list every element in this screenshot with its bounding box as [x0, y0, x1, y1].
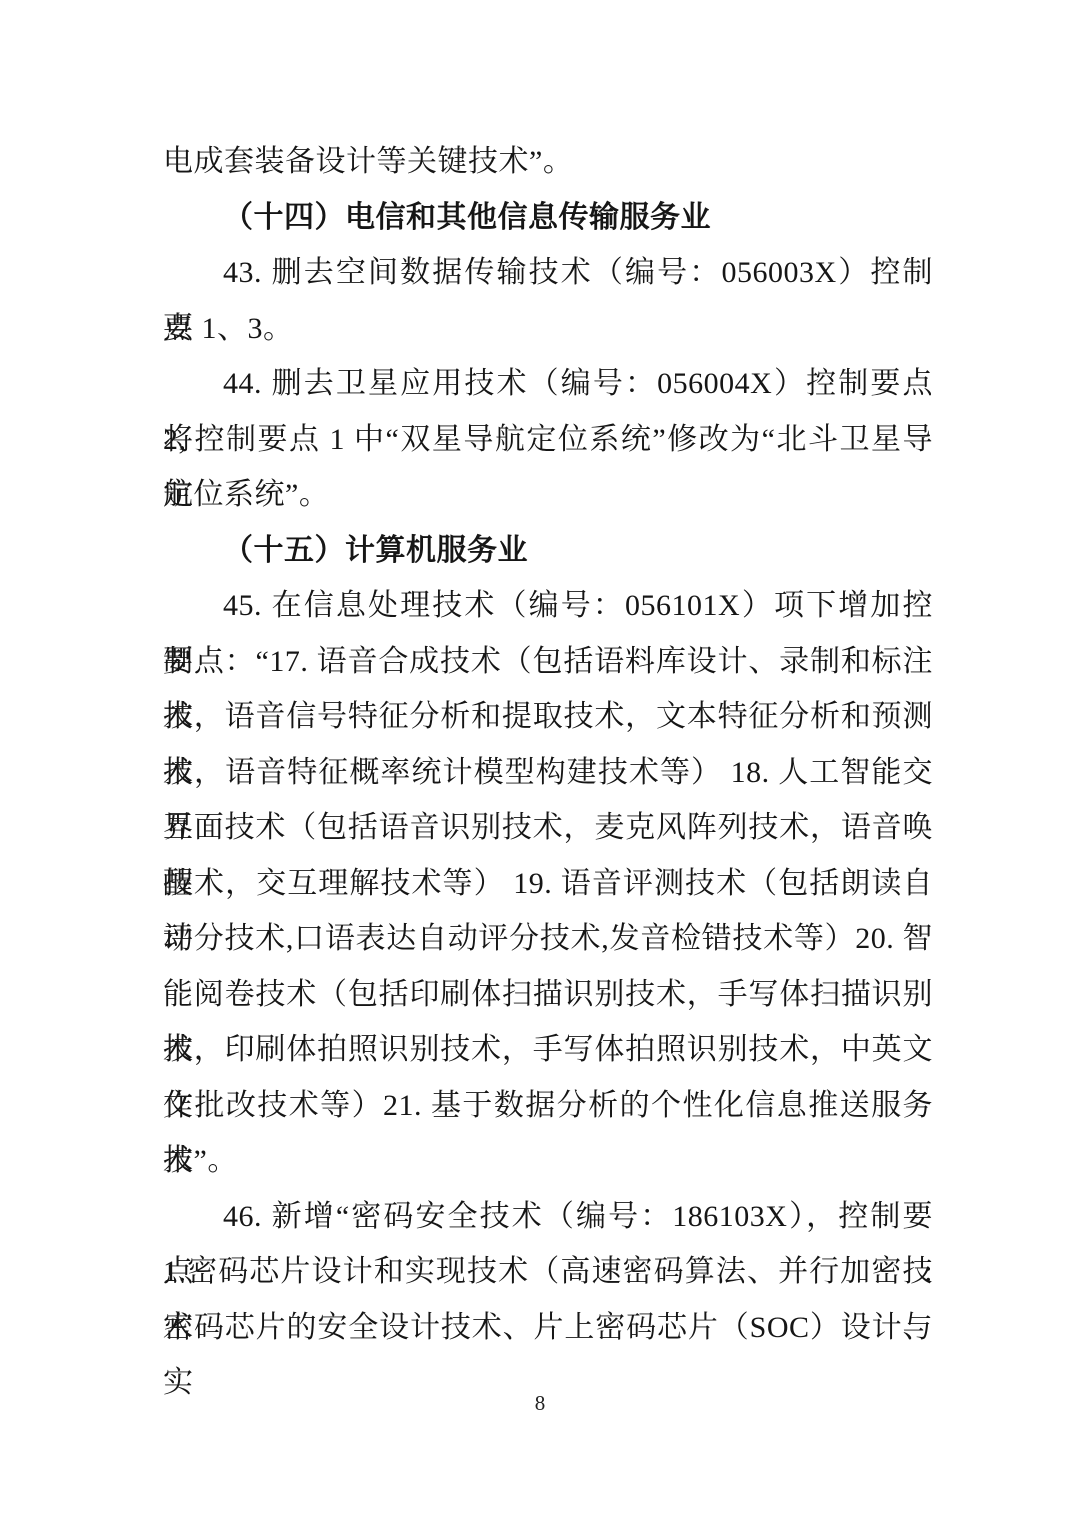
text-line: 技术，交互理解技术等） 19. 语音评测技术（包括朗读自动 — [163, 856, 933, 912]
document-page: 电成套装备设计等关键技术”。 （十四）电信和其他信息传输服务业 43. 删去空间… — [0, 0, 1080, 1528]
text-line: 文批改技术等）21. 基于数据分析的个性化信息推送服务技 — [163, 1078, 933, 1134]
text-line: 评分技术,口语表达自动评分技术,发音检错技术等）20. 智 — [163, 911, 933, 967]
text-line-paragraph-tail: 电成套装备设计等关键技术”。 — [163, 134, 933, 190]
text-line-item-46: 46. 新增“密码安全技术（编号：186103X），控制要点: — [163, 1189, 933, 1245]
text-line: 术，印刷体拍照识别技术，手写体拍照识别技术，中英文作 — [163, 1022, 933, 1078]
text-line-item-43-end: 点 1、3。 — [163, 301, 933, 357]
text-line-item-44: 44. 删去卫星应用技术（编号：056004X）控制要点 2, — [163, 356, 933, 412]
text-line: 密码芯片的安全设计技术、片上密码芯片（SOC）设计与实 — [163, 1300, 933, 1356]
text-line: 要点：“17. 语音合成技术（包括语料库设计、录制和标注技 — [163, 634, 933, 690]
document-body: 电成套装备设计等关键技术”。 （十四）电信和其他信息传输服务业 43. 删去空间… — [163, 134, 933, 1355]
text-line-item-44-end: 定位系统”。 — [163, 467, 933, 523]
section-heading-15: （十五）计算机服务业 — [163, 523, 933, 579]
text-line-item-43: 43. 删去空间数据传输技术（编号：056003X）控制要 — [163, 245, 933, 301]
text-line-item-45: 45. 在信息处理技术（编号：056101X）项下增加控制 — [163, 578, 933, 634]
text-line: 能阅卷技术（包括印刷体扫描识别技术，手写体扫描识别技 — [163, 967, 933, 1023]
text-line: 术，语音信号特征分析和提取技术，文本特征分析和预测技 — [163, 689, 933, 745]
text-line: 术，语音特征概率统计模型构建技术等） 18. 人工智能交互 — [163, 745, 933, 801]
page-number: 8 — [0, 1388, 1080, 1418]
text-line-item-45-end: 术”。 — [163, 1133, 933, 1189]
text-line: 将控制要点 1 中“双星导航定位系统”修改为“北斗卫星导航 — [163, 412, 933, 468]
text-line: 1.密码芯片设计和实现技术（高速密码算法、并行加密技术、 — [163, 1244, 933, 1300]
text-line: 界面技术（包括语音识别技术，麦克风阵列技术，语音唤醒 — [163, 800, 933, 856]
section-heading-14: （十四）电信和其他信息传输服务业 — [163, 190, 933, 246]
